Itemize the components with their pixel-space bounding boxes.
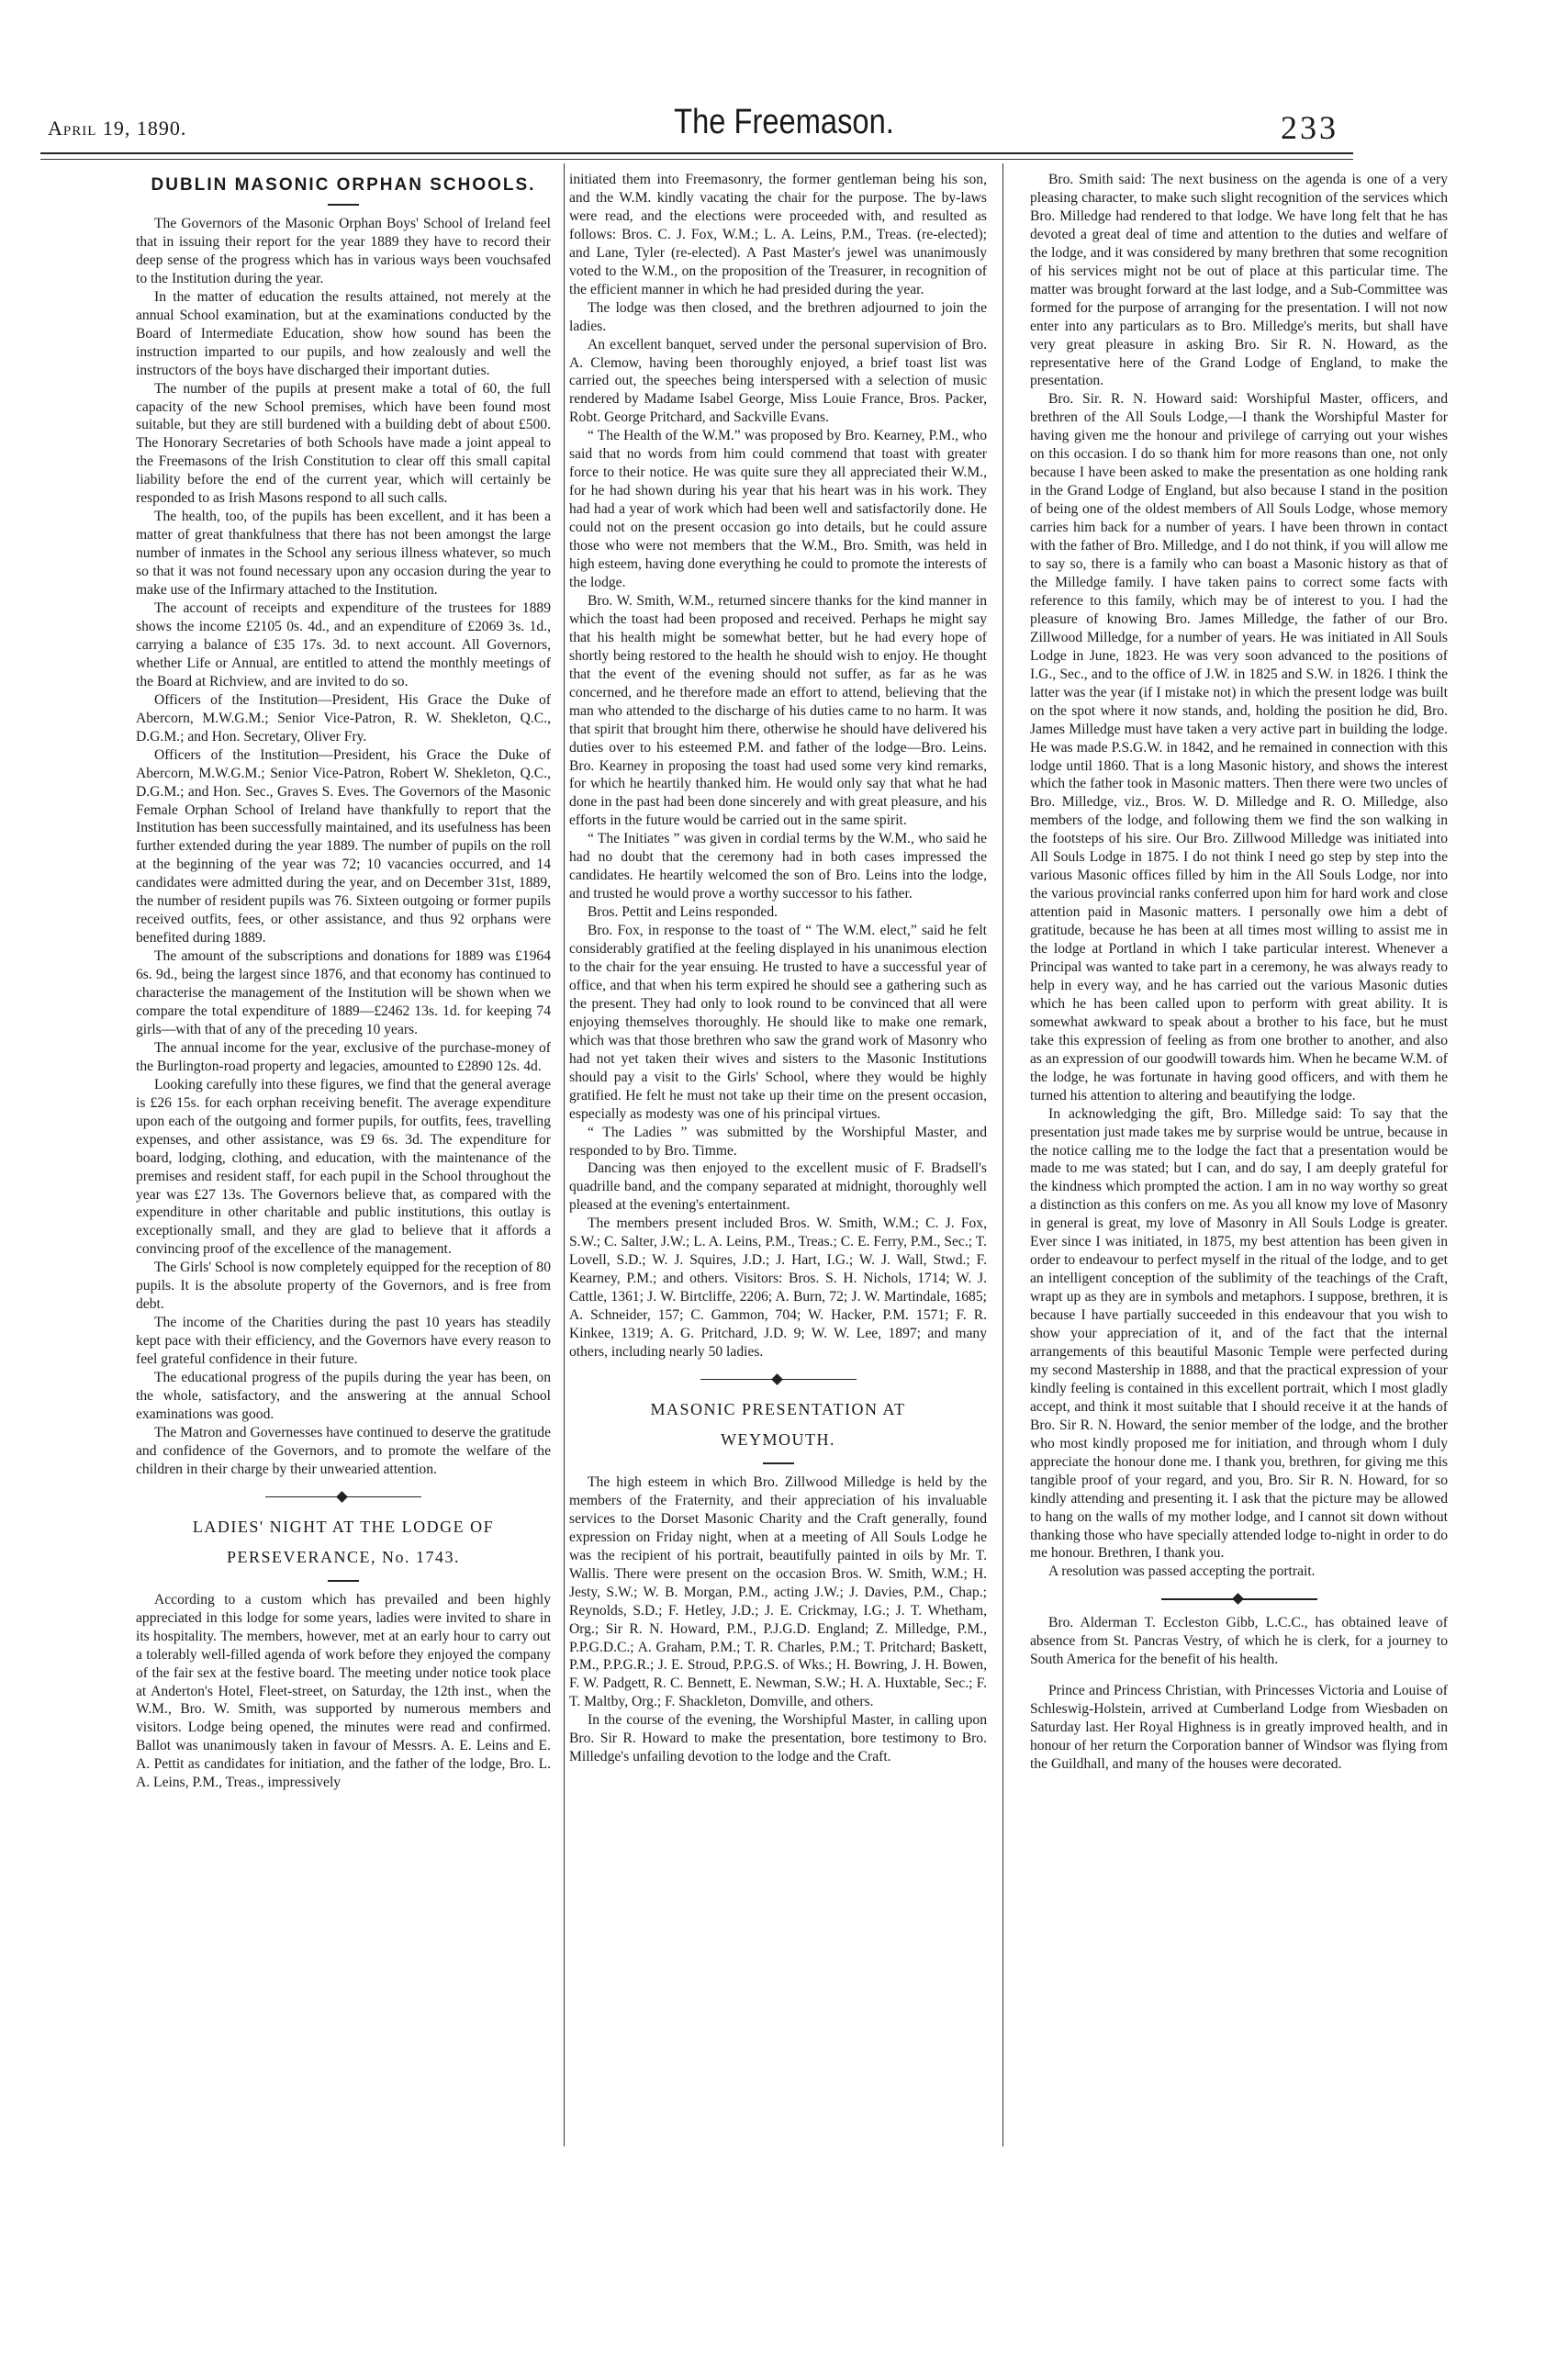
column-1: DUBLIN MASONIC ORPHAN SCHOOLS. The Gover…: [136, 171, 551, 1792]
column-2: initiated them into Freemasonry, the for…: [569, 171, 987, 1766]
article-paragraph: In the course of the evening, the Worshi…: [569, 1711, 987, 1766]
headline-line: PERSEVERANCE, No. 1743.: [136, 1542, 551, 1573]
headline-line: MASONIC PRESENTATION AT: [569, 1395, 987, 1425]
headline-line: LADIES' NIGHT AT THE LODGE OF: [136, 1512, 551, 1542]
article-paragraph: In acknowledging the gift, Bro. Milledge…: [1030, 1105, 1448, 1563]
section-ornament-divider: [700, 1374, 857, 1385]
article-paragraph: Bro. Sir. R. N. Howard said: Worshipful …: [1030, 390, 1448, 1104]
headline-line: WEYMOUTH.: [569, 1425, 987, 1455]
article-paragraph: The Governors of the Masonic Orphan Boys…: [136, 215, 551, 288]
news-note: Bro. Alderman T. Eccleston Gibb, L.C.C.,…: [1030, 1614, 1448, 1669]
headline-rule: [763, 1462, 794, 1464]
article-paragraph: The annual income for the year, exclusiv…: [136, 1039, 551, 1076]
article-paragraph: “ The Health of the W.M.” was proposed b…: [569, 427, 987, 592]
article-paragraph: The lodge was then closed, and the breth…: [569, 299, 987, 336]
column-divider-2: [1002, 163, 1003, 2146]
article-paragraph: The number of the pupils at present make…: [136, 380, 551, 509]
column-3: Bro. Smith said: The next business on th…: [1030, 171, 1448, 1774]
article-paragraph: A resolution was passed accepting the po…: [1030, 1563, 1448, 1581]
article-paragraph-continued: initiated them into Freemasonry, the for…: [569, 171, 987, 299]
page-number: 233: [1281, 108, 1338, 147]
article-paragraph: An excellent banquet, served under the p…: [569, 336, 987, 428]
masthead-rule-thick: [40, 152, 1353, 154]
article-paragraph: Bro. W. Smith, W.M., returned sincere th…: [569, 592, 987, 830]
article-paragraph: The Girls' School is now completely equi…: [136, 1259, 551, 1314]
article-paragraph: The account of receipts and expenditure …: [136, 599, 551, 691]
diamond-ornament-icon: [1232, 1594, 1244, 1606]
article-paragraph: Bro. Fox, in response to the toast of “ …: [569, 922, 987, 1123]
article-paragraph: Officers of the Institution—President, H…: [136, 691, 551, 746]
article-paragraph: The educational progress of the pupils d…: [136, 1369, 551, 1424]
headline-ladies-night: LADIES' NIGHT AT THE LODGE OF PERSEVERAN…: [136, 1512, 551, 1573]
news-note: Prince and Princess Christian, with Prin…: [1030, 1682, 1448, 1774]
article-paragraph: The income of the Charities during the p…: [136, 1314, 551, 1369]
publication-title: The Freemason.: [110, 103, 1459, 142]
section-ornament-divider: [1161, 1594, 1317, 1605]
article-paragraph: Looking carefully into these figures, we…: [136, 1076, 551, 1260]
article-paragraph: Dancing was then enjoyed to the excellen…: [569, 1159, 987, 1215]
masthead: April 19, 1890. The Freemason. 233: [0, 0, 1568, 165]
diamond-ornament-icon: [771, 1373, 783, 1385]
article-paragraph: “ The Ladies ” was submitted by the Wors…: [569, 1124, 987, 1160]
article-paragraph: Officers of the Institution—President, h…: [136, 746, 551, 947]
headline-dublin-masonic-orphan-schools: DUBLIN MASONIC ORPHAN SCHOOLS.: [136, 174, 551, 196]
article-paragraph: Bros. Pettit and Leins responded.: [569, 903, 987, 922]
article-paragraph: The health, too, of the pupils has been …: [136, 508, 551, 599]
article-paragraph: The amount of the subscriptions and dona…: [136, 947, 551, 1039]
article-paragraph: The high esteem in which Bro. Zillwood M…: [569, 1473, 987, 1711]
column-divider-1: [564, 163, 565, 2146]
headline-weymouth-presentation: MASONIC PRESENTATION AT WEYMOUTH.: [569, 1395, 987, 1455]
masthead-rule-thin: [40, 159, 1353, 160]
article-paragraph: Bro. Smith said: The next business on th…: [1030, 171, 1448, 390]
article-paragraph: “ The Initiates ” was given in cordial t…: [569, 830, 987, 903]
section-ornament-divider: [265, 1492, 421, 1503]
article-paragraph: According to a custom which has prevaile…: [136, 1591, 551, 1792]
diamond-ornament-icon: [336, 1491, 348, 1503]
article-paragraph: The Matron and Governesses have continue…: [136, 1424, 551, 1479]
article-paragraph: The members present included Bros. W. Sm…: [569, 1215, 987, 1361]
headline-rule: [328, 204, 359, 206]
headline-rule: [328, 1580, 359, 1582]
article-paragraph: In the matter of education the results a…: [136, 288, 551, 380]
